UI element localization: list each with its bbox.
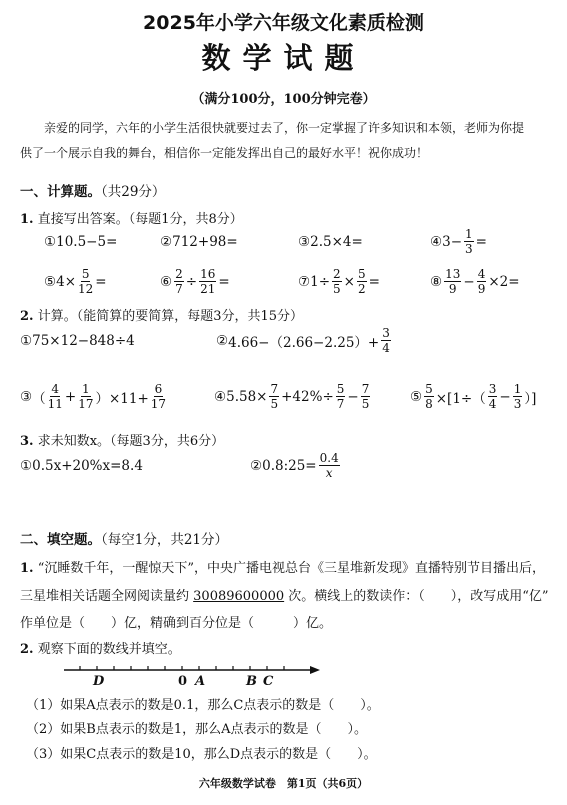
intro-line-1: 亲爱的同学，六年的小学生活很快就要过去了，你一定掌握了许多知识和本领，老师为你提 <box>20 116 550 141</box>
s1-q2-item-4: ④5.58× 75 +42%÷ 57 − 75 <box>214 383 372 410</box>
fraction: 52 <box>357 268 367 295</box>
fraction: 0.4x <box>319 452 340 479</box>
exam-subtitle: （满分100分，100分钟完卷） <box>0 88 567 107</box>
fraction: 13 <box>464 228 474 255</box>
s1-q2-item-3: ③（ 411 + 117 ）×11+ 617 <box>20 383 168 410</box>
s1-q2-text: 计算。（能简算的要简算，每题3分，共15分） <box>38 309 303 324</box>
s1-q2-heading: 2. 计算。（能简算的要简算，每题3分，共15分） <box>20 305 303 324</box>
s1-q3-number: 3. <box>20 434 34 449</box>
fraction: 34 <box>381 327 391 354</box>
s1-q1-item-2: ②712+98= <box>160 234 238 250</box>
point-label-d: D <box>93 674 104 689</box>
fraction: 57 <box>336 383 346 410</box>
fraction: 13 <box>513 383 523 410</box>
s1-q1-item-5: ⑤4× 512 = <box>44 268 107 295</box>
fraction: 27 <box>174 268 184 295</box>
s2-q2-sub-3: （3）如果C点表示的数是10，那么D点表示的数是（ ）。 <box>26 743 377 762</box>
point-label-b: B <box>246 674 257 689</box>
fraction: 25 <box>332 268 342 295</box>
point-label-a: A <box>195 674 205 689</box>
s1-q3-heading: 3. 求未知数x。（每题3分，共6分） <box>20 430 224 449</box>
fraction: 34 <box>488 383 498 410</box>
subject-title: 数学试题 <box>0 36 567 77</box>
fraction: 139 <box>444 268 461 295</box>
s2-q2-sub-1: （1）如果A点表示的数是0.1，那么C点表示的数是（ ）。 <box>26 694 380 713</box>
number-line: D 0 A B C <box>62 662 322 692</box>
s1-q1-heading: 1. 直接写出答案。（每题1分，共8分） <box>20 208 243 227</box>
fraction: 49 <box>477 268 487 295</box>
section-1-title: 一、计算题。 <box>20 184 101 200</box>
intro-line-2: 供了一个展示自我的舞台，相信你一定能发挥出自己的最好水平！祝你成功！ <box>20 141 550 166</box>
s1-q1-item-8: ⑧ 139 − 49 ×2= <box>430 268 520 295</box>
s1-q1-item-6: ⑥ 27 ÷ 1621 = <box>160 268 230 295</box>
s1-q3-item-1: ①0.5x+20%x=8.4 <box>20 458 143 474</box>
s2-q2-heading: 2. 观察下面的数线并填空。 <box>20 638 181 657</box>
s2-q2-sub-2: （2）如果B点表示的数是1，那么A点表示的数是（ ）。 <box>26 718 367 737</box>
intro-paragraph: 亲爱的同学，六年的小学生活很快就要过去了，你一定掌握了许多知识和本领，老师为你提… <box>20 116 550 166</box>
s1-q2-item-1: ①75×12−848÷4 <box>20 333 135 349</box>
s1-q2-item-5: ⑤ 58 ×[1÷（ 34 − 13 ）] <box>410 383 536 410</box>
s1-q1-item-1: ①10.5−5= <box>44 234 117 250</box>
s2-q1-line-2: 三星堆相关话题全网阅读量约 30089600000 次。横线上的数读作：（ ），… <box>20 585 549 604</box>
s1-q2-number: 2. <box>20 309 34 324</box>
point-label-zero: 0 <box>178 674 187 689</box>
fraction: 117 <box>78 383 93 410</box>
fraction: 512 <box>78 268 93 295</box>
s1-q3-text: 求未知数x。（每题3分，共6分） <box>38 434 224 449</box>
point-label-c: C <box>263 674 273 689</box>
fraction: 75 <box>269 383 279 410</box>
s1-q1-text: 直接写出答案。（每题1分，共8分） <box>38 212 243 227</box>
s2-q1-line-3: 作单位是（ ）亿，精确到百分位是（ ）亿。 <box>20 612 332 631</box>
fraction: 58 <box>424 383 434 410</box>
fraction: 75 <box>361 383 371 410</box>
section-2-points: （每空1分，共21分） <box>101 532 228 548</box>
s1-q1-item-7: ⑦1÷ 25 × 52 = <box>298 268 380 295</box>
s1-q2-item-2: ②4.66−（2.66−2.25）+ 34 <box>216 327 393 354</box>
fraction: 1621 <box>199 268 216 295</box>
s1-q1-item-4: ④3− 13 = <box>430 228 487 255</box>
underlined-number: 30089600000 <box>193 589 284 604</box>
exam-title: 2025年小学六年级文化素质检测 <box>0 8 567 35</box>
s1-q3-item-2: ②0.8:25= 0.4x <box>250 452 342 479</box>
fraction: 617 <box>151 383 166 410</box>
page-footer: 六年级数学试卷 第1页（共6页） <box>0 775 567 791</box>
section-1-heading: 一、计算题。（共29分） <box>20 180 165 200</box>
section-2-heading: 二、填空题。（每空1分，共21分） <box>20 528 228 548</box>
s1-q1-item-3: ③2.5×4= <box>298 234 363 250</box>
section-1-points: （共29分） <box>101 184 165 200</box>
fraction: 411 <box>48 383 63 410</box>
s1-q1-number: 1. <box>20 212 34 227</box>
s2-q1-line-1: 1. “沉睡数千年，一醒惊天下”，中央广播电视总台《三星堆新发现》直播特别节目播… <box>20 557 545 576</box>
section-2-title: 二、填空题。 <box>20 532 101 548</box>
